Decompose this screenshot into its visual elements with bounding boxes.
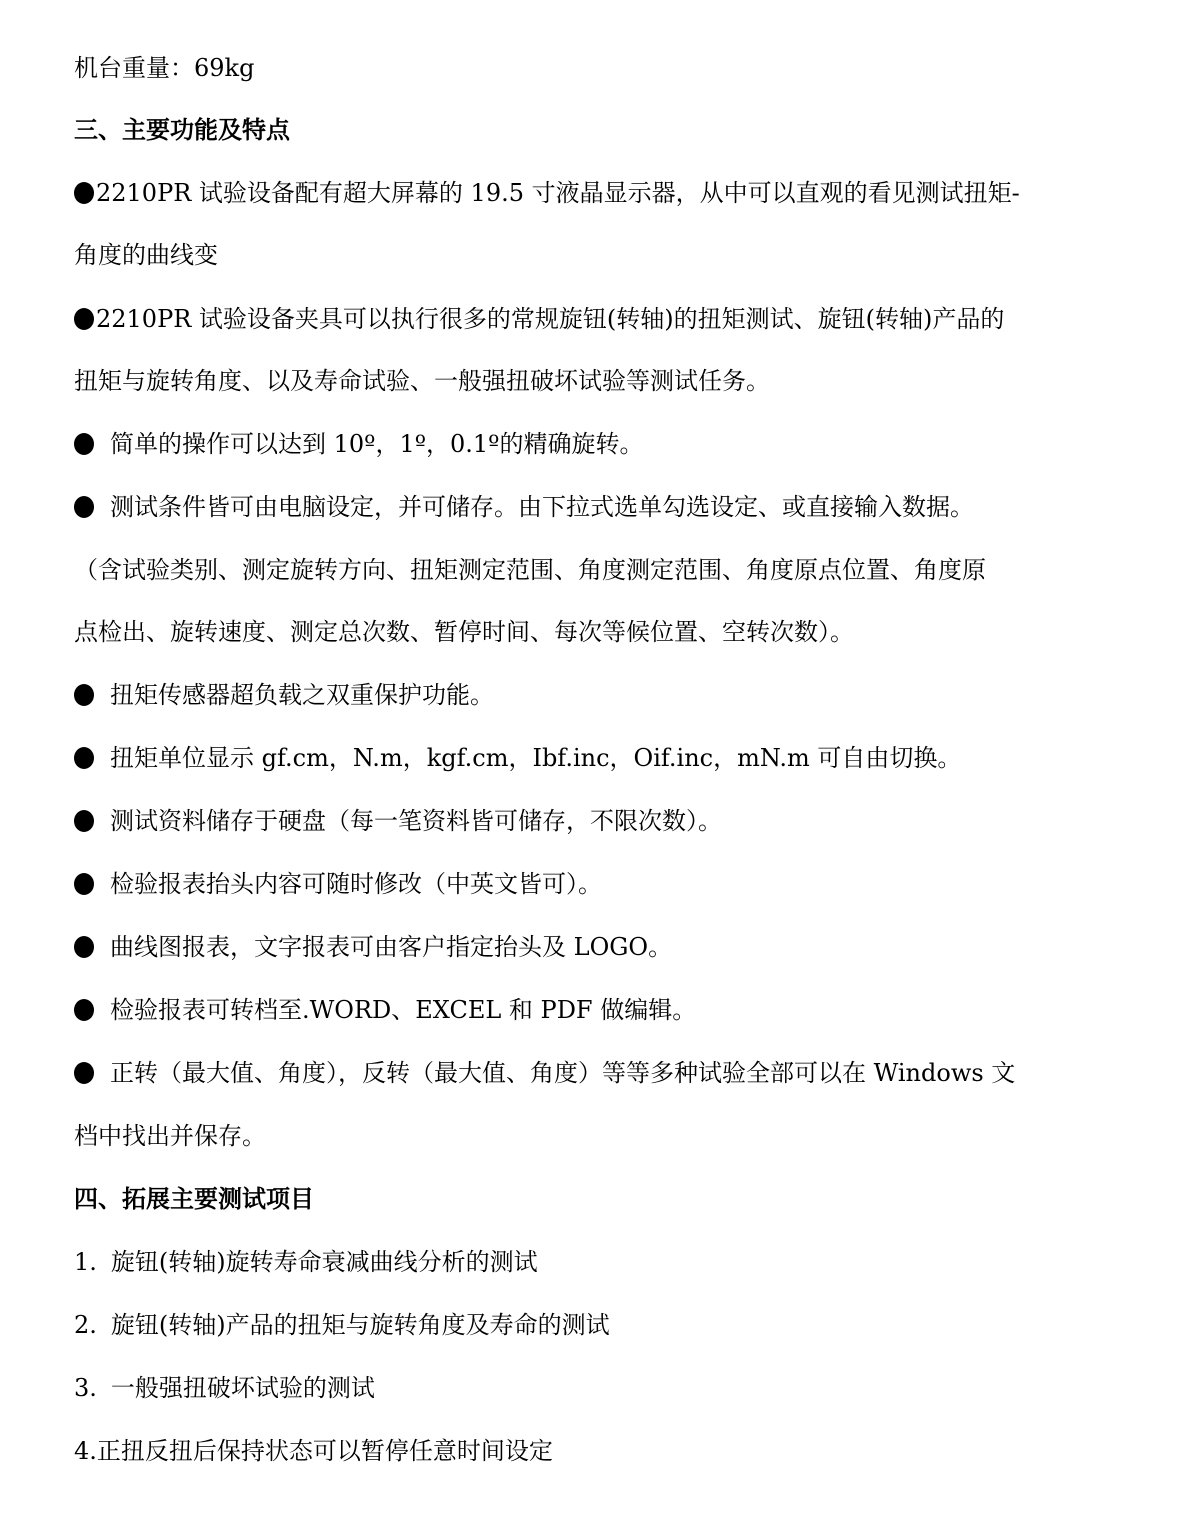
item-number: 1. [74, 1248, 97, 1276]
feature-4-text-2: （含试验类别、测定旋转方向、扭矩测定范围、角度测定范围、角度原点位置、角度原 [74, 556, 986, 584]
feature-2-text-1: 2210PR 试验设备夹具可以执行很多的常规旋钮(转轴)的扭矩测试、旋钮(转轴)… [96, 305, 1004, 333]
item-number: 3. [74, 1374, 97, 1402]
bullet-icon [74, 810, 94, 832]
item-text: 旋钮(转轴)产品的扭矩与旋转角度及寿命的测试 [111, 1311, 610, 1339]
feature-1-text-1: 2210PR 试验设备配有超大屏幕的 19.5 寸液晶显示器，从中可以直观的看见… [96, 179, 1020, 207]
feature-7: 测试资料储存于硬盘（每一笔资料皆可储存，不限次数）。 [74, 806, 722, 836]
bullet-icon [74, 747, 94, 769]
test-item-3: 3.一般强扭破坏试验的测试 [74, 1373, 375, 1403]
feature-6: 扭矩单位显示 gf.cm，N.m，kgf.cm，Ibf.inc，Oif.inc，… [74, 743, 961, 773]
bullet-icon [74, 308, 94, 330]
item-text: 一般强扭破坏试验的测试 [111, 1374, 375, 1402]
item-number: 2. [74, 1311, 97, 1339]
feature-4-line-2: （含试验类别、测定旋转方向、扭矩测定范围、角度测定范围、角度原点位置、角度原 [74, 555, 986, 585]
item-number: 4. [74, 1437, 97, 1465]
bullet-icon [74, 936, 94, 958]
bullet-icon [74, 873, 94, 895]
feature-11-text-1: 正转（最大值、角度），反转（最大值、角度）等等多种试验全部可以在 Windows… [110, 1059, 1015, 1087]
feature-4-text-1: 测试条件皆可由电脑设定，并可储存。由下拉式选单勾选设定、或直接输入数据。 [110, 493, 974, 521]
feature-2-text-2: 扭矩与旋转角度、以及寿命试验、一般强扭破坏试验等测试任务。 [74, 367, 770, 395]
bullet-icon [74, 999, 94, 1021]
feature-1-text-2: 角度的曲线变 [74, 241, 218, 269]
feature-11-line-2: 档中找出并保存。 [74, 1121, 266, 1151]
feature-8: 检验报表抬头内容可随时修改（中英文皆可）。 [74, 869, 602, 899]
section-4-heading: 四、拓展主要测试项目 [74, 1184, 314, 1214]
feature-1-line-1: 2210PR 试验设备配有超大屏幕的 19.5 寸液晶显示器，从中可以直观的看见… [74, 178, 1020, 208]
test-item-1: 1.旋钮(转轴)旋转寿命衰减曲线分析的测试 [74, 1247, 538, 1277]
section-3-title: 三、主要功能及特点 [74, 116, 290, 144]
test-item-4: 4.正扭反扭后保持状态可以暂停任意时间设定 [74, 1436, 553, 1466]
feature-5: 扭矩传感器超负载之双重保护功能。 [74, 680, 494, 710]
feature-9-text: 曲线图报表，文字报表可由客户指定抬头及 LOGO。 [110, 933, 672, 961]
bullet-icon [74, 182, 94, 204]
feature-1-line-2: 角度的曲线变 [74, 240, 218, 270]
feature-3: 简单的操作可以达到 10º，1º，0.1º的精确旋转。 [74, 429, 643, 459]
feature-2-line-2: 扭矩与旋转角度、以及寿命试验、一般强扭破坏试验等测试任务。 [74, 366, 770, 396]
feature-8-text: 检验报表抬头内容可随时修改（中英文皆可）。 [110, 870, 602, 898]
test-item-2: 2.旋钮(转轴)产品的扭矩与旋转角度及寿命的测试 [74, 1310, 610, 1340]
machine-weight-text: 机台重量：69kg [74, 54, 254, 82]
bullet-icon [74, 684, 94, 706]
bullet-icon [74, 496, 94, 518]
feature-9: 曲线图报表，文字报表可由客户指定抬头及 LOGO。 [74, 932, 672, 962]
feature-11-text-2: 档中找出并保存。 [74, 1122, 266, 1150]
feature-10: 检验报表可转档至.WORD、EXCEL 和 PDF 做编辑。 [74, 995, 696, 1025]
machine-weight-line: 机台重量：69kg [74, 53, 254, 83]
section-3-heading: 三、主要功能及特点 [74, 115, 290, 145]
feature-2-line-1: 2210PR 试验设备夹具可以执行很多的常规旋钮(转轴)的扭矩测试、旋钮(转轴)… [74, 304, 1004, 334]
feature-5-text: 扭矩传感器超负载之双重保护功能。 [110, 681, 494, 709]
feature-4-text-3: 点检出、旋转速度、测定总次数、暂停时间、每次等候位置、空转次数）。 [74, 618, 854, 646]
feature-4-line-1: 测试条件皆可由电脑设定，并可储存。由下拉式选单勾选设定、或直接输入数据。 [74, 492, 974, 522]
feature-7-text: 测试资料储存于硬盘（每一笔资料皆可储存，不限次数）。 [110, 807, 722, 835]
item-text: 旋钮(转轴)旋转寿命衰减曲线分析的测试 [111, 1248, 538, 1276]
bullet-icon [74, 433, 94, 455]
feature-11-line-1: 正转（最大值、角度），反转（最大值、角度）等等多种试验全部可以在 Windows… [74, 1058, 1015, 1088]
item-text: 正扭反扭后保持状态可以暂停任意时间设定 [97, 1437, 553, 1465]
bullet-icon [74, 1062, 94, 1084]
feature-4-line-3: 点检出、旋转速度、测定总次数、暂停时间、每次等候位置、空转次数）。 [74, 617, 854, 647]
feature-6-text: 扭矩单位显示 gf.cm，N.m，kgf.cm，Ibf.inc，Oif.inc，… [110, 744, 961, 772]
feature-10-text: 检验报表可转档至.WORD、EXCEL 和 PDF 做编辑。 [110, 996, 696, 1024]
section-4-title: 四、拓展主要测试项目 [74, 1185, 314, 1213]
feature-3-text: 简单的操作可以达到 10º，1º，0.1º的精确旋转。 [110, 430, 643, 458]
